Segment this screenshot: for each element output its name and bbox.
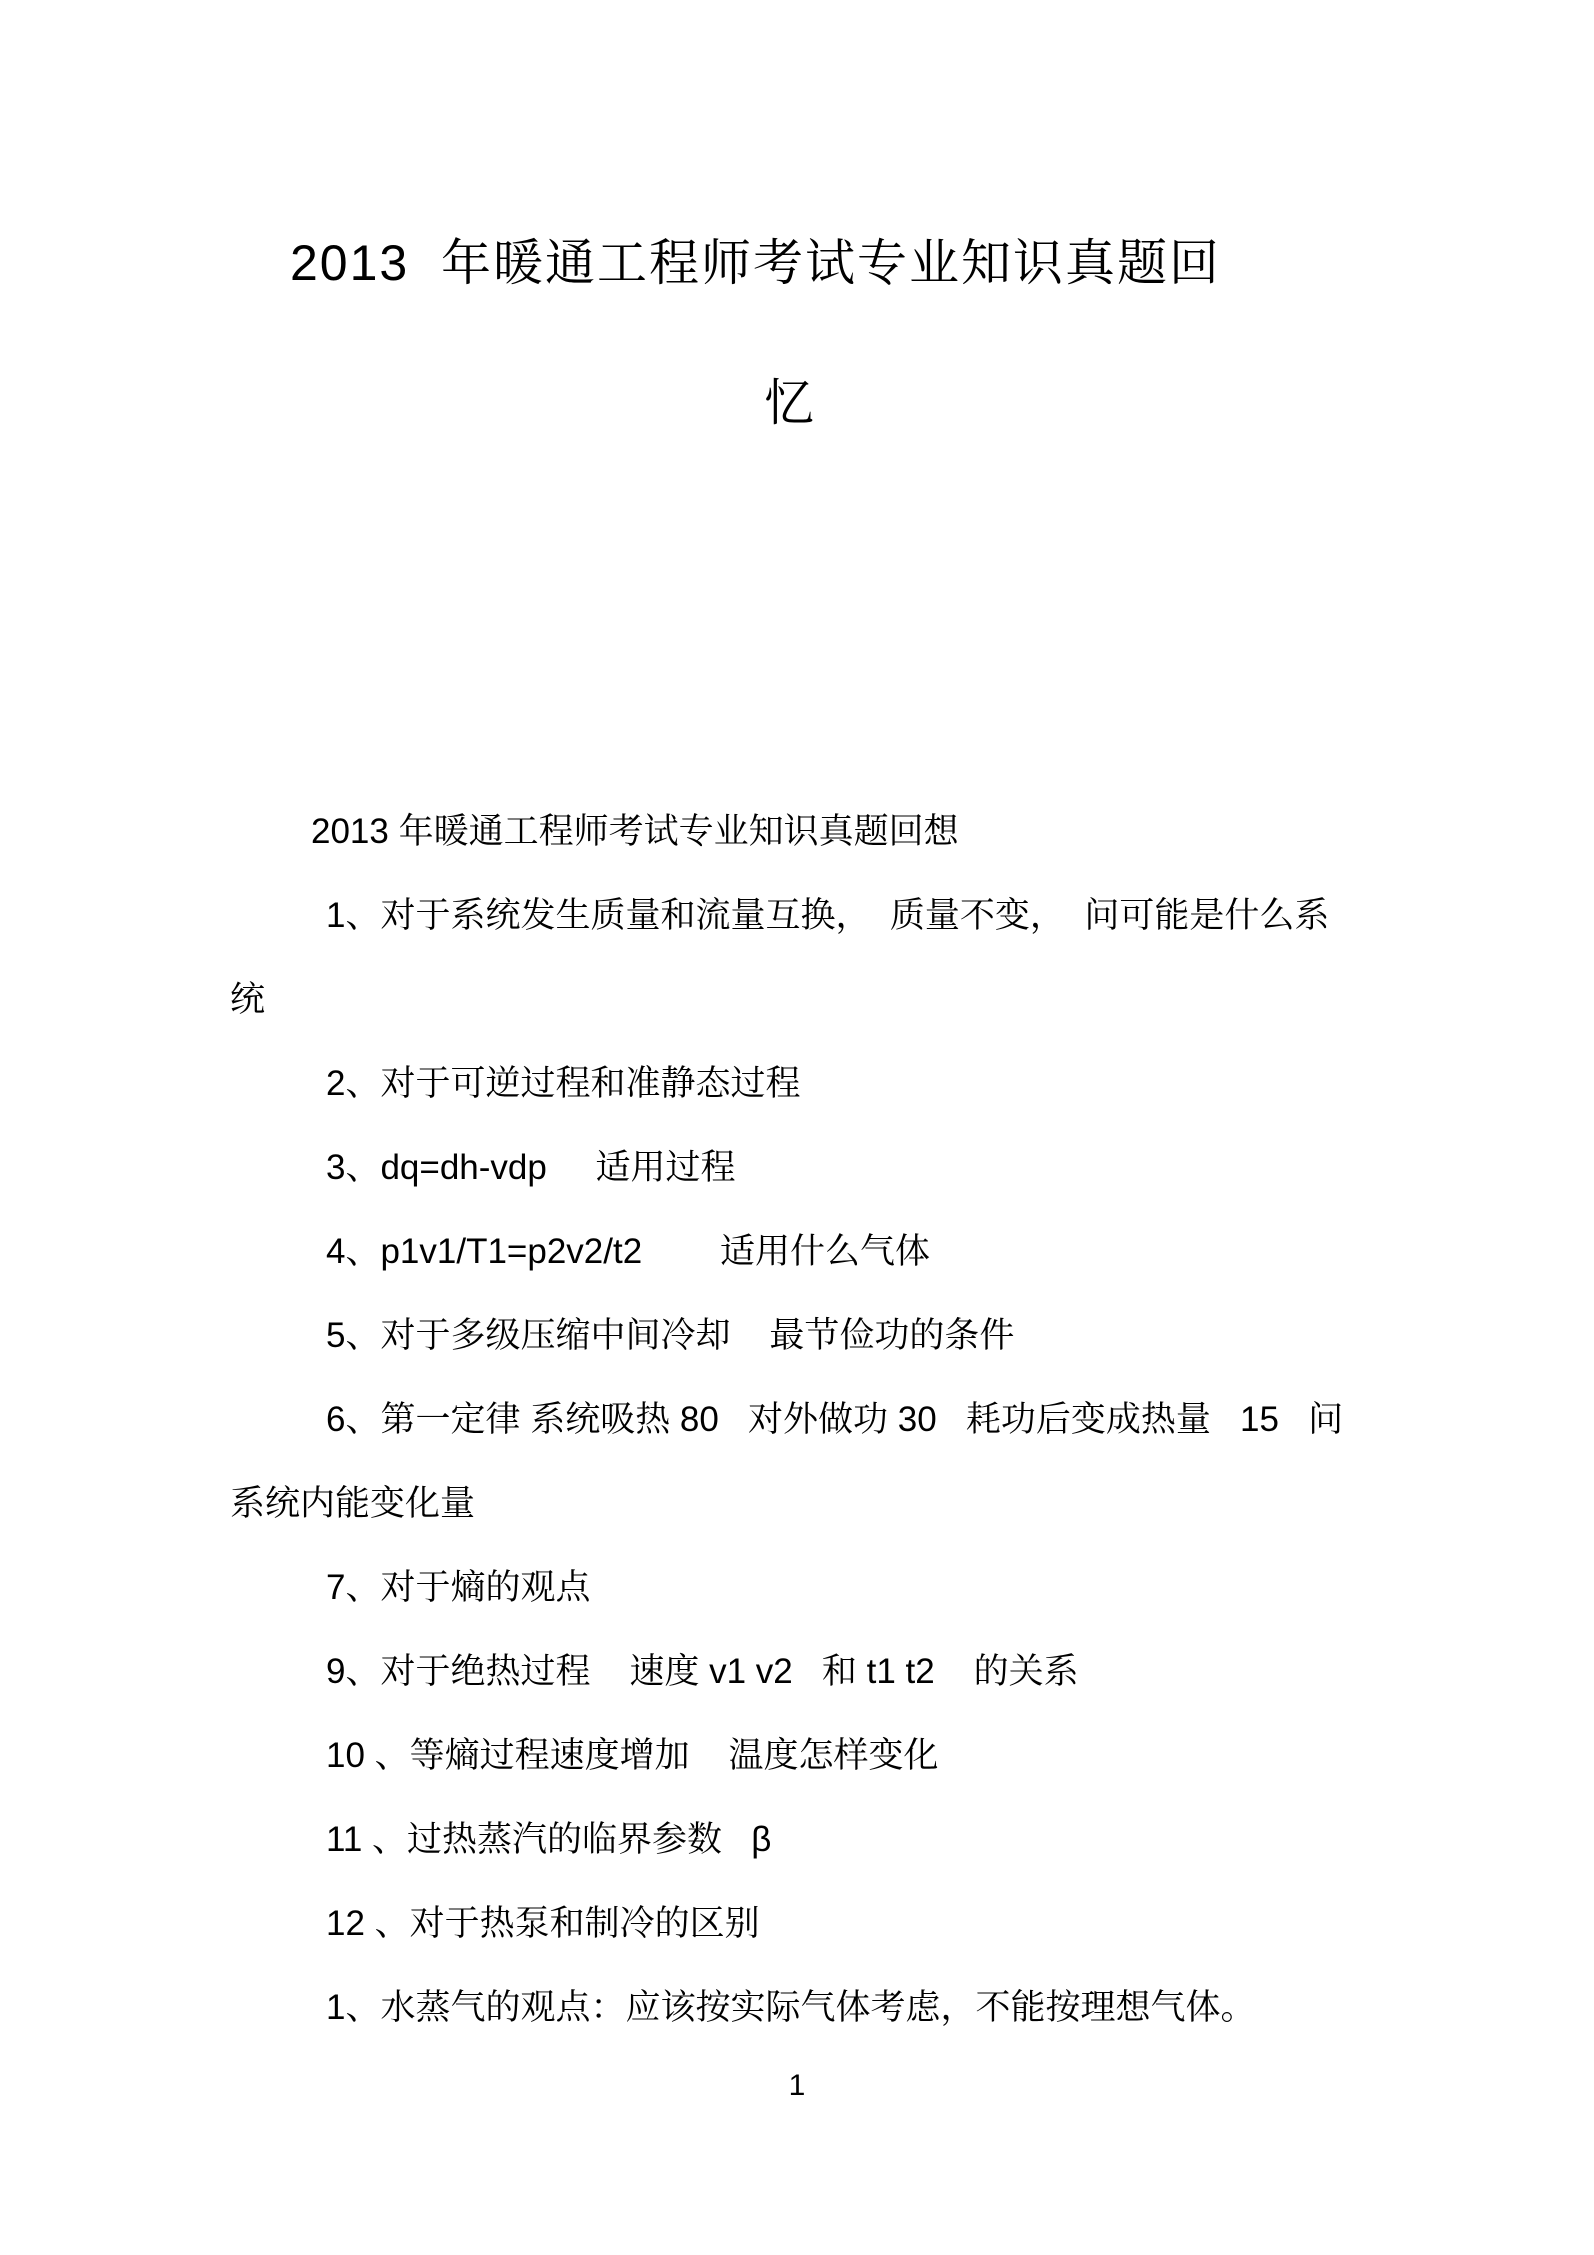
body-line: 12 、对于热泵和制冷的区别 bbox=[230, 1882, 1374, 1966]
body-line: 9、对于绝热过程 速度 v1 v2 和 t1 t2 的关系 bbox=[230, 1630, 1374, 1714]
body-line: 5、对于多级压缩中间冷却 最节俭功的条件 bbox=[230, 1294, 1374, 1378]
page-footer: 1 bbox=[0, 2068, 1594, 2103]
body-line: 系统内能变化量 bbox=[230, 1462, 1374, 1546]
document-title-line-2: 忆 bbox=[0, 333, 1594, 473]
body-line: 3、dq=dh-vdp 适用过程 bbox=[230, 1126, 1374, 1210]
document-title: 2013 年暖通工程师考试专业知识真题回 忆 bbox=[0, 0, 1594, 473]
body-line: 4、p1v1/T1=p2v2/t2 适用什么气体 bbox=[230, 1210, 1374, 1294]
body-line: 1、水蒸气的观点：应该按实际气体考虑，不能按理想气体。 bbox=[230, 1966, 1374, 2050]
body-line: 2、对于可逆过程和准静态过程 bbox=[230, 1042, 1374, 1126]
body-line: 2013 年暖通工程师考试专业知识真题回想 bbox=[230, 790, 1374, 874]
body-line: 统 bbox=[230, 958, 1374, 1042]
body-line: 6、第一定律 系统吸热 80 对外做功 30 耗功后变成热量 15 问 bbox=[230, 1378, 1374, 1462]
document-title-line-1: 2013 年暖通工程师考试专业知识真题回 bbox=[0, 193, 1594, 333]
document-body: 2013 年暖通工程师考试专业知识真题回想 1、对于系统发生质量和流量互换， 质… bbox=[0, 790, 1594, 2050]
document-page: 2013 年暖通工程师考试专业知识真题回 忆 2013 年暖通工程师考试专业知识… bbox=[0, 0, 1594, 2255]
body-line: 7、对于熵的观点 bbox=[230, 1546, 1374, 1630]
body-line: 10 、等熵过程速度增加 温度怎样变化 bbox=[230, 1714, 1374, 1798]
body-line: 11 、过热蒸汽的临界参数 β bbox=[230, 1798, 1374, 1882]
body-line: 1、对于系统发生质量和流量互换， 质量不变， 问可能是什么系 bbox=[230, 874, 1374, 958]
page-number: 1 bbox=[789, 2069, 806, 2102]
